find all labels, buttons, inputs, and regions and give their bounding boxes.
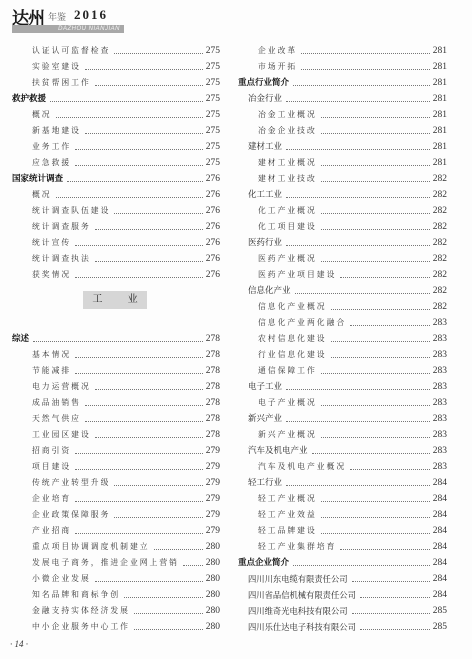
dot-leader [340,277,429,278]
toc-entry[interactable]: 中小企业服务中心工作280 [10,619,220,635]
toc-section-entry[interactable]: 救护救援275 [10,91,220,107]
toc-entry-label: 轻工产业效益 [258,507,321,523]
toc-entry[interactable]: 企业改革281 [237,43,447,59]
toc-entry-page: 282 [433,171,447,187]
dot-leader [340,549,429,550]
toc-entry-label: 农村信息化建设 [258,331,331,347]
toc-entry[interactable]: 轻工产业效益284 [237,507,447,523]
toc-entry-page: 280 [206,571,220,587]
toc-entry[interactable]: 电子工业283 [237,379,447,395]
dot-leader [75,245,203,246]
toc-entry-page: 275 [206,91,220,107]
toc-entry-label: 建材工业概况 [258,155,321,171]
toc-left-list-after: 综述278基本情况278节能减排278电力运营概况278成品油销售278天然气供… [10,331,220,635]
toc-entry-label: 招商引资 [32,443,75,459]
toc-entry[interactable]: 四川乐仕达电子科技有限公司285 [237,619,447,635]
toc-left-list-before: 认证认可监督检查275实验室建设275扶贫帮困工作275救护救援275概况275… [10,43,220,283]
toc-entry[interactable]: 医药行业282 [237,235,447,251]
toc-entry-label: 企业培育 [32,491,75,507]
toc-entry-label: 项目建设 [32,459,75,475]
toc-entry-page: 278 [206,379,220,395]
toc-entry[interactable]: 业务工作275 [10,139,220,155]
toc-entry-label: 企业政策保障服务 [32,507,114,523]
dot-leader [321,501,430,502]
toc-entry-page: 283 [433,347,447,363]
toc-entry-label: 化工产业概况 [258,203,321,219]
toc-entry[interactable]: 新基地建设275 [10,123,220,139]
dot-leader [85,405,203,406]
toc-entry-label: 知名品牌和商标争创 [32,587,124,603]
toc-entry-label: 信息化产业概况 [258,299,331,315]
dot-leader [321,165,430,166]
toc-entry-page: 283 [433,395,447,411]
toc-entry-label: 成品油销售 [32,395,85,411]
toc-entry-page: 276 [206,235,220,251]
dot-leader [124,597,203,598]
toc-entry-label: 救护救援 [12,91,50,107]
dot-leader [286,245,430,246]
toc-entry[interactable]: 轻工品牌建设284 [237,523,447,539]
toc-entry[interactable]: 金融支持实体经济发展280 [10,603,220,619]
toc-entry[interactable]: 信息化产业282 [237,283,447,299]
toc-entry[interactable]: 建材工业技改282 [237,171,447,187]
toc-entry[interactable]: 重点项目协调调度机制建立280 [10,539,220,555]
toc-entry-label: 电力运营概况 [32,379,95,395]
toc-entry[interactable]: 统计调查服务276 [10,219,220,235]
toc-entry-label: 建材工业技改 [258,171,321,187]
dot-leader [134,629,203,630]
toc-entry-page: 284 [433,523,447,539]
dot-leader [75,277,203,278]
dot-leader [95,229,203,230]
dot-leader [352,581,430,582]
toc-entry[interactable]: 四川川东电缆有限责任公司284 [237,571,447,587]
dot-leader [301,53,430,54]
toc-entry[interactable]: 企业政策保障服务279 [10,507,220,523]
toc-entry-page: 282 [433,299,447,315]
dot-leader [154,549,203,550]
dot-leader [95,581,203,582]
toc-entry-label: 认证认可监督检查 [32,43,114,59]
toc-entry-label: 中小企业服务中心工作 [32,619,134,635]
dot-leader [67,181,203,182]
dot-leader [75,453,203,454]
toc-entry[interactable]: 行业信息化建设283 [237,347,447,363]
toc-entry-label: 电子产业概况 [258,395,321,411]
logo-subtitle: 年鉴 [48,10,66,23]
toc-entry-label: 建材工业 [248,139,286,155]
dot-leader [350,469,430,470]
toc-entry-label: 统计调查服务 [32,219,95,235]
toc-entry-label: 节能减排 [32,363,75,379]
toc-entry[interactable]: 节能减排278 [10,363,220,379]
toc-entry-label: 统计调查队伍建设 [32,203,114,219]
dot-leader [286,389,430,390]
toc-entry[interactable]: 农村信息化建设283 [237,331,447,347]
toc-entry-page: 276 [206,203,220,219]
toc-entry[interactable]: 应急救援275 [10,155,220,171]
toc-entry-label: 产业招商 [32,523,75,539]
toc-entry-page: 282 [433,251,447,267]
toc-entry[interactable]: 信息化产业概况282 [237,299,447,315]
toc-entry-label: 重点行业简介 [238,75,293,91]
toc-entry-label: 重点企业简介 [238,555,293,571]
toc-entry[interactable]: 电子产业概况283 [237,395,447,411]
toc-entry-page: 279 [206,507,220,523]
toc-entry-page: 279 [206,475,220,491]
dot-leader [321,405,430,406]
toc-entry-label: 化工工业 [248,187,286,203]
logo-year: 2016 [74,7,108,23]
toc-entry-page: 284 [433,587,447,603]
dot-leader [321,181,430,182]
toc-entry-page: 276 [206,267,220,283]
toc-entry-label: 新兴产业概况 [258,427,321,443]
toc-entry[interactable]: 轻工产业集群培育284 [237,539,447,555]
toc-entry-page: 275 [206,43,220,59]
dot-leader [321,133,430,134]
yearbook-header: 达州 年鉴 2016 DAZHOU NIANJIAN [6,4,118,34]
dot-leader [95,85,203,86]
toc-entry-label: 获奖情况 [32,267,75,283]
toc-entry[interactable]: 化工工业282 [237,187,447,203]
toc-entry[interactable]: 知名品牌和商标争创280 [10,587,220,603]
toc-entry-label: 基本情况 [32,347,75,363]
toc-entry-label: 轻工行业 [248,475,286,491]
toc-entry-page: 281 [433,139,447,155]
dot-leader [75,165,203,166]
toc-entry[interactable]: 发展电子商务，推进企业网上营销280 [10,555,220,571]
toc-entry[interactable]: 轻工行业284 [237,475,447,491]
dot-leader [85,421,203,422]
toc-entry[interactable]: 通信保障工作283 [237,363,447,379]
toc-entry-page: 276 [206,219,220,235]
toc-entry-page: 285 [433,619,447,635]
toc-entry[interactable]: 医药产业概况282 [237,251,447,267]
toc-entry-label: 信息化产业 [248,283,295,299]
toc-entry-label: 四川乐仕达电子科技有限公司 [248,619,360,635]
toc-entry-page: 276 [206,251,220,267]
toc-entry-page: 283 [433,379,447,395]
toc-section-entry[interactable]: 国家统计调查276 [10,171,220,187]
toc-entry-label: 统计调查执法 [32,251,95,267]
toc-entry-label: 概况 [32,187,56,203]
toc-entry-page: 284 [433,555,447,571]
dot-leader [85,133,203,134]
toc-right-list: 企业改革281市场开拓281重点行业简介281冶金行业281冶金工业概况281冶… [237,43,447,635]
dot-leader [321,117,430,118]
toc-entry-label: 汽车及机电产业概况 [258,459,350,475]
toc-entry-label: 冶金行业 [248,91,286,107]
toc-entry-page: 282 [433,187,447,203]
toc-entry[interactable]: 实验室建设275 [10,59,220,75]
toc-entry[interactable]: 汽车及机电产业283 [237,443,447,459]
toc-entry-label: 市场开拓 [258,59,301,75]
toc-entry[interactable]: 招商引资279 [10,443,220,459]
toc-entry-page: 276 [206,171,220,187]
toc-entry[interactable]: 工业园区建设278 [10,427,220,443]
toc-entry-label: 医药产业概况 [258,251,321,267]
toc-entry-page: 278 [206,411,220,427]
dot-leader [56,197,203,198]
toc-entry-label: 金融支持实体经济发展 [32,603,134,619]
toc-entry-page: 281 [433,91,447,107]
toc-entry[interactable]: 化工项目建设282 [237,219,447,235]
dot-leader [134,613,203,614]
toc-entry[interactable]: 新兴产业概况283 [237,427,447,443]
dot-leader [331,341,430,342]
dot-leader [286,421,430,422]
toc-entry-label: 小微企业发展 [32,571,95,587]
dot-leader [286,101,430,102]
toc-entry[interactable]: 认证认可监督检查275 [10,43,220,59]
toc-entry-label: 统计宣传 [32,235,75,251]
toc-entry-label: 四川维奇光电科技有限公司 [248,603,352,619]
toc-entry-page: 282 [433,219,447,235]
toc-entry-label: 轻工产业集群培育 [258,539,340,555]
toc-entry[interactable]: 冶金企业技改281 [237,123,447,139]
toc-entry-label: 电子工业 [248,379,286,395]
toc-entry-label: 业务工作 [32,139,75,155]
dot-leader [321,373,430,374]
dot-leader [95,389,203,390]
dot-leader [331,309,430,310]
toc-entry-label: 四川川东电缆有限责任公司 [248,571,352,587]
toc-entry[interactable]: 汽车及机电产业概况283 [237,459,447,475]
toc-entry-page: 278 [206,347,220,363]
toc-entry-page: 279 [206,459,220,475]
toc-entry-label: 工业园区建设 [32,427,95,443]
toc-entry[interactable]: 统计调查队伍建设276 [10,203,220,219]
toc-entry-page: 275 [206,123,220,139]
toc-entry-page: 276 [206,187,220,203]
toc-entry-label: 行业信息化建设 [258,347,331,363]
toc-entry[interactable]: 概况276 [10,187,220,203]
toc-entry-page: 275 [206,155,220,171]
toc-entry[interactable]: 四川维奇光电科技有限公司285 [237,603,447,619]
toc-entry-page: 282 [433,283,447,299]
toc-entry-page: 283 [433,459,447,475]
dot-leader [75,533,203,534]
dot-leader [183,565,203,566]
toc-entry-label: 重点项目协调调度机制建立 [32,539,154,555]
dot-leader [286,485,430,486]
dot-leader [321,517,430,518]
toc-entry-page: 280 [206,619,220,635]
toc-entry-page: 283 [433,315,447,331]
toc-entry[interactable]: 天然气供应278 [10,411,220,427]
dot-leader [114,53,202,54]
dot-leader [95,437,203,438]
toc-entry[interactable]: 获奖情况276 [10,267,220,283]
toc-entry-page: 278 [206,427,220,443]
dot-leader [75,149,203,150]
toc-entry[interactable]: 建材工业281 [237,139,447,155]
section-title-industry: 工 业 [83,291,147,309]
toc-entry[interactable]: 统计宣传276 [10,235,220,251]
toc-entry-page: 281 [433,123,447,139]
toc-entry[interactable]: 化工产业概况282 [237,203,447,219]
dot-leader [114,517,202,518]
toc-entry[interactable]: 冶金行业281 [237,91,447,107]
dot-leader [321,261,430,262]
toc-entry-label: 应急救援 [32,155,75,171]
dot-leader [85,69,203,70]
toc-entry[interactable]: 小微企业发展280 [10,571,220,587]
toc-entry-page: 281 [433,59,447,75]
dot-leader [350,325,430,326]
toc-entry-page: 280 [206,587,220,603]
page-number: · 14 · [10,639,28,649]
dot-leader [321,213,430,214]
dot-leader [95,261,203,262]
dot-leader [114,485,202,486]
toc-entry-label: 轻工产业概况 [258,491,321,507]
toc-entry-page: 278 [206,331,220,347]
toc-entry[interactable]: 冶金工业概况281 [237,107,447,123]
toc-entry-label: 轻工品牌建设 [258,523,321,539]
toc-entry[interactable]: 概况275 [10,107,220,123]
toc-entry-page: 282 [433,267,447,283]
toc-entry-page: 283 [433,411,447,427]
toc-entry[interactable]: 轻工产业概况284 [237,491,447,507]
dot-leader [56,117,203,118]
dot-leader [114,213,202,214]
toc-right-column: 企业改革281市场开拓281重点行业简介281冶金行业281冶金工业概况281冶… [237,43,447,635]
toc-entry-label: 发展电子商务，推进企业网上营销 [32,555,183,571]
toc-entry[interactable]: 四川省品信机械有限责任公司284 [237,587,447,603]
toc-entry[interactable]: 统计调查执法276 [10,251,220,267]
toc-entry-label: 四川省品信机械有限责任公司 [248,587,360,603]
toc-entry-page: 284 [433,491,447,507]
toc-entry-page: 284 [433,539,447,555]
toc-entry-label: 综述 [12,331,33,347]
dot-leader [295,293,430,294]
dot-leader [321,229,430,230]
toc-entry[interactable]: 成品油销售278 [10,395,220,411]
toc-entry-page: 275 [206,59,220,75]
toc-entry-label: 传统产业转型升级 [32,475,114,491]
dot-leader [286,149,430,150]
toc-entry[interactable]: 新兴产业283 [237,411,447,427]
toc-entry-page: 279 [206,443,220,459]
toc-section-entry[interactable]: 综述278 [10,331,220,347]
toc-entry[interactable]: 医药产业项目建设282 [237,267,447,283]
toc-entry-page: 281 [433,107,447,123]
dot-leader [75,357,203,358]
toc-entry[interactable]: 市场开拓281 [237,59,447,75]
toc-entry-page: 275 [206,75,220,91]
toc-entry[interactable]: 企业培育279 [10,491,220,507]
toc-entry-label: 天然气供应 [32,411,85,427]
dot-leader [286,197,430,198]
toc-entry-label: 信息化产业两化融合 [258,315,350,331]
section-header: 工 业 [10,283,220,331]
toc-entry[interactable]: 电力运营概况278 [10,379,220,395]
toc-entry-page: 284 [433,571,447,587]
dot-leader [75,501,203,502]
toc-entry[interactable]: 信息化产业两化融合283 [237,315,447,331]
toc-entry[interactable]: 产业招商279 [10,523,220,539]
toc-entry-label: 新兴产业 [248,411,286,427]
toc-entry-label: 新基地建设 [32,123,85,139]
dot-leader [50,101,203,102]
toc-entry-label: 国家统计调查 [12,171,67,187]
toc-entry[interactable]: 基本情况278 [10,347,220,363]
toc-entry[interactable]: 传统产业转型升级279 [10,475,220,491]
toc-entry-label: 冶金工业概况 [258,107,321,123]
dot-leader [75,373,203,374]
toc-entry-page: 280 [206,539,220,555]
dot-leader [360,597,430,598]
toc-entry-label: 化工项目建设 [258,219,321,235]
toc-entry-page: 280 [206,555,220,571]
toc-entry-page: 278 [206,363,220,379]
dot-leader [352,613,430,614]
dot-leader [331,357,430,358]
toc-section-entry[interactable]: 重点企业简介284 [237,555,447,571]
toc-entry-page: 281 [433,43,447,59]
toc-entry-label: 扶贫帮困工作 [32,75,95,91]
toc-entry-label: 实验室建设 [32,59,85,75]
toc-entry-label: 冶金企业技改 [258,123,321,139]
toc-entry-page: 279 [206,523,220,539]
toc-entry-page: 275 [206,139,220,155]
toc-entry-page: 280 [206,603,220,619]
toc-entry-page: 283 [433,363,447,379]
toc-entry-label: 概况 [32,107,56,123]
dot-leader [312,453,430,454]
toc-entry[interactable]: 建材工业概况281 [237,155,447,171]
toc-entry[interactable]: 扶贫帮困工作275 [10,75,220,91]
toc-entry-label: 企业改革 [258,43,301,59]
toc-entry-page: 275 [206,107,220,123]
toc-entry-page: 283 [433,443,447,459]
toc-entry-page: 278 [206,395,220,411]
toc-entry-label: 医药行业 [248,235,286,251]
toc-entry-page: 281 [433,155,447,171]
toc-entry-page: 279 [206,491,220,507]
toc-section-entry[interactable]: 重点行业简介281 [237,75,447,91]
toc-entry-label: 医药产业项目建设 [258,267,340,283]
toc-entry-label: 汽车及机电产业 [248,443,312,459]
toc-entry-page: 283 [433,427,447,443]
toc-entry-page: 284 [433,475,447,491]
dot-leader [33,341,203,342]
toc-entry-page: 282 [433,235,447,251]
dot-leader [75,469,203,470]
dot-leader [293,565,430,566]
toc-entry-page: 285 [433,603,447,619]
toc-left-column: 认证认可监督检查275实验室建设275扶贫帮困工作275救护救援275概况275… [10,43,220,635]
dot-leader [360,629,430,630]
toc-entry-page: 284 [433,507,447,523]
dot-leader [321,437,430,438]
toc-entry-page: 282 [433,203,447,219]
toc-entry-page: 283 [433,331,447,347]
toc-entry[interactable]: 项目建设279 [10,459,220,475]
dot-leader [321,533,430,534]
dot-leader [301,69,430,70]
toc-entry-page: 281 [433,75,447,91]
toc-entry-label: 通信保障工作 [258,363,321,379]
logo-pinyin-bar: DAZHOU NIANJIAN [12,25,124,33]
dot-leader [293,85,430,86]
